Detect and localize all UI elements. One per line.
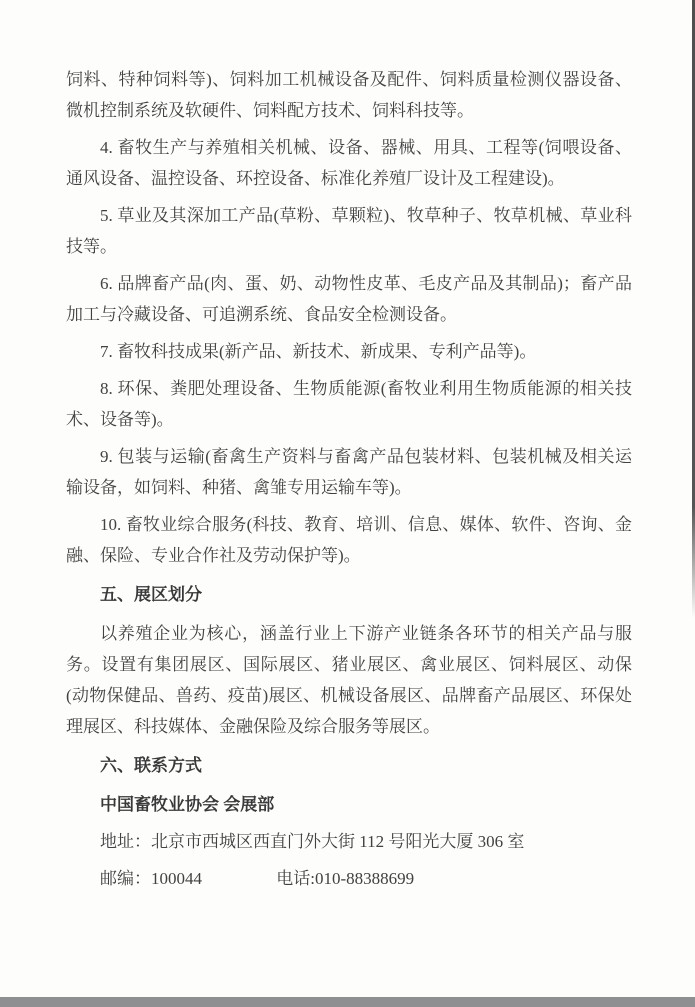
section-heading-5-zone-division: 五、展区划分 — [66, 579, 632, 610]
paragraph-feed-continuation: 饲料、特种饲料等)、饲料加工机械设备及配件、饲料质量检测仪器设备、微机控制系统及… — [66, 64, 632, 126]
list-item-8-environmental: 8. 环保、粪肥处理设备、生物质能源(畜牧业利用生物质能源的相关技术、设备等)。 — [66, 373, 632, 435]
list-item-4-machinery: 4. 畜牧生产与养殖相关机械、设备、器械、用具、工程等(饲喂设备、通风设备、温控… — [66, 132, 632, 194]
scanned-document-screenshot: { "colors": { "page_background": "#fdfdf… — [0, 0, 695, 1007]
section-heading-6-contact: 六、联系方式 — [66, 750, 632, 781]
list-item-7-sci-tech-achievements: 7. 畜牧科技成果(新产品、新技术、新成果、专利产品等)。 — [66, 336, 632, 367]
organization-name: 中国畜牧业协会 会展部 — [66, 789, 632, 820]
list-item-10-comprehensive-services: 10. 畜牧业综合服务(科技、教育、培训、信息、媒体、软件、咨询、金融、保险、专… — [66, 509, 632, 571]
phone-number: 电话:010-88388699 — [242, 863, 414, 894]
paragraph-zone-division: 以养殖企业为核心，涵盖行业上下游产业链条各环节的相关产品与服务。设置有集团展区、… — [66, 618, 632, 742]
document-page: 饲料、特种饲料等)、饲料加工机械设备及配件、饲料质量检测仪器设备、微机控制系统及… — [0, 0, 695, 1007]
postal-phone-line: 邮编：100044 电话:010-88388699 — [66, 863, 632, 894]
list-item-9-packaging-transport: 9. 包装与运输(畜禽生产资料与畜禽产品包装材料、包装机械及相关运输设备，如饲料… — [66, 441, 632, 503]
list-item-5-grass-industry: 5. 草业及其深加工产品(草粉、草颗粒)、牧草种子、牧草机械、草业科技等。 — [66, 200, 632, 262]
postal-code: 邮编：100044 — [100, 869, 202, 888]
scan-bottom-edge-bar — [0, 997, 695, 1007]
address-line: 地址：北京市西城区西直门外大街 112 号阳光大厦 306 室 — [66, 826, 632, 857]
document-text-block: 饲料、特种饲料等)、饲料加工机械设备及配件、饲料质量检测仪器设备、微机控制系统及… — [66, 64, 632, 900]
list-item-6-branded-products: 6. 品牌畜产品(肉、蛋、奶、动物性皮革、毛皮产品及其制品)；畜产品加工与冷藏设… — [66, 268, 632, 330]
